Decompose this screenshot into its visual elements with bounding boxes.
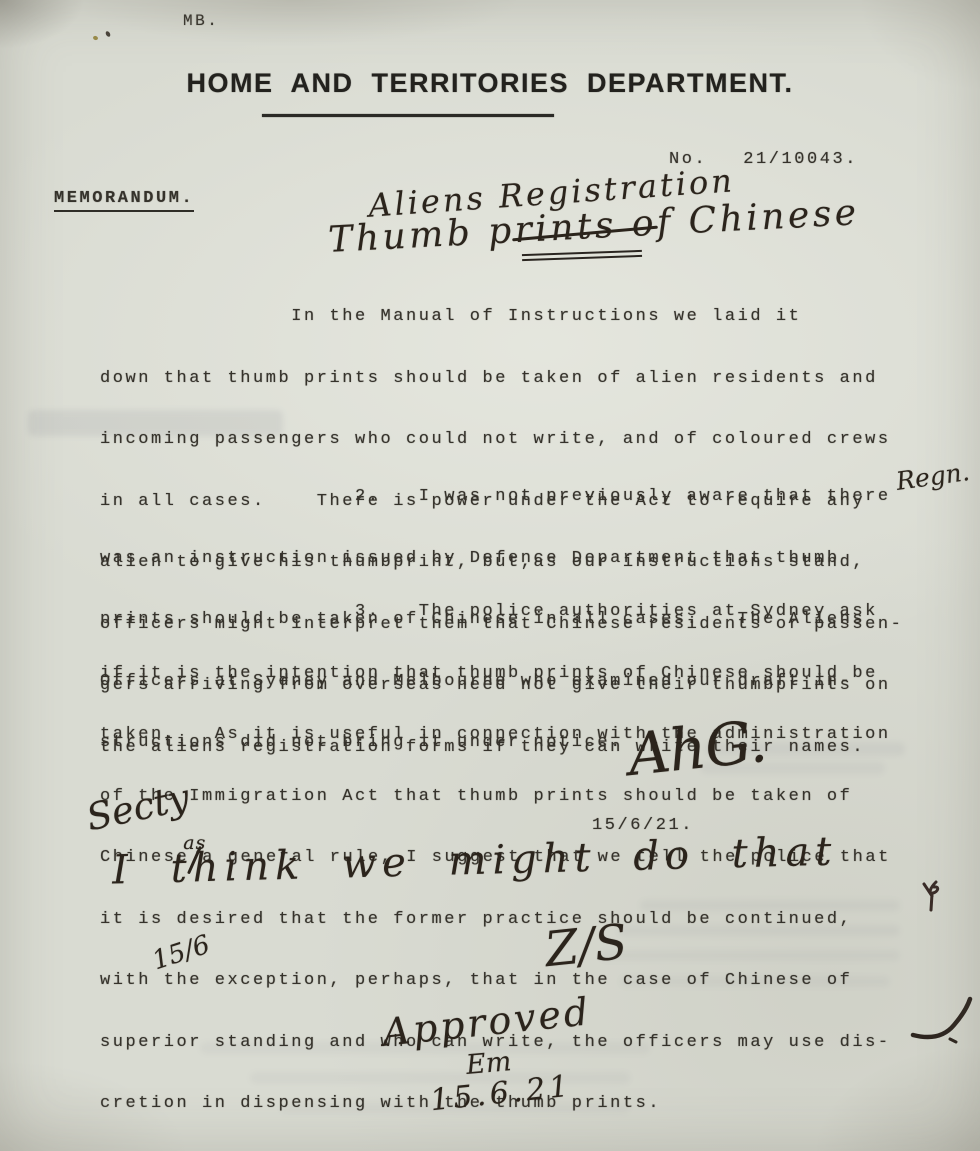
body-line: with the exception, perhaps, that in the… — [100, 971, 891, 992]
department-title: HOME AND TERRITORIES DEPARTMENT. — [0, 68, 980, 99]
body-line: taken. As it is useful in connection wit… — [100, 725, 891, 746]
body-line: 3. The police authorities at Sydney ask — [100, 602, 891, 623]
pencil-speck — [105, 30, 111, 37]
body-line: In the Manual of Instructions we laid it — [100, 307, 903, 328]
memorandum-label: MEMORANDUM. — [54, 189, 194, 212]
body-line: it is desired that the former practice s… — [100, 910, 891, 931]
title-rule — [262, 114, 554, 117]
body-line: 2. I was not previously aware that there — [100, 487, 891, 508]
body-line: down that thumb prints should be taken o… — [100, 369, 903, 390]
ink-blot-mark — [918, 880, 946, 914]
body-line: of the Immigration Act that thumb prints… — [100, 787, 891, 808]
file-number-value: 21/10043. — [743, 150, 858, 169]
margin-note-regn: Regn. — [894, 457, 971, 496]
body-line: if it is the intention that thumb prints… — [100, 664, 891, 685]
curved-pen-mark — [910, 995, 978, 1045]
corner-initials: MB. — [183, 12, 219, 30]
pencil-speck — [92, 35, 98, 40]
officer-signature-initials: AhG. — [625, 707, 769, 789]
subject-double-underline — [522, 250, 642, 261]
memorandum-page: MB. HOME AND TERRITORIES DEPARTMENT. No.… — [0, 0, 980, 1151]
monogram-initials: Z/S — [542, 914, 630, 978]
